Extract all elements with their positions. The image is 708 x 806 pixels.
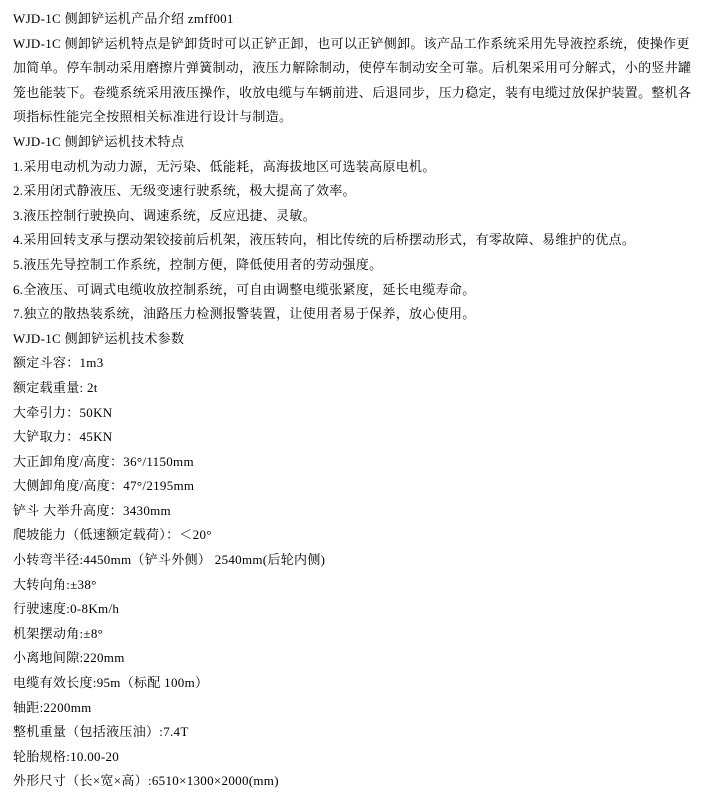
specs-heading: WJD-1C 侧卸铲运机技术参数: [13, 327, 696, 352]
spec-item: 大铲取力：45KN: [13, 425, 696, 450]
spec-item: 大转向角:±38°: [13, 573, 696, 598]
spec-item: 大侧卸角度/高度：47°/2195mm: [13, 474, 696, 499]
feature-item: 6.全液压、可调式电缆收放控制系统，可自由调整电缆张紧度，延长电缆寿命。: [13, 278, 696, 303]
feature-item: 2.采用闭式静液压、无级变速行驶系统，极大提高了效率。: [13, 179, 696, 204]
feature-item: 1.采用电动机为动力源，无污染、低能耗，高海拔地区可选装高原电机。: [13, 155, 696, 180]
spec-item: 铲斗 大举升高度：3430mm: [13, 499, 696, 524]
document-title: WJD-1C 侧卸铲运机产品介绍 zmff001: [13, 7, 696, 32]
spec-item: 外形尺寸（长×宽×高）:6510×1300×2000(mm): [13, 769, 696, 794]
features-heading: WJD-1C 侧卸铲运机技术特点: [13, 130, 696, 155]
feature-item: 5.液压先导控制工作系统，控制方便，降低使用者的劳动强度。: [13, 253, 696, 278]
spec-item: 额定载重量: 2t: [13, 376, 696, 401]
spec-item: 电缆有效长度:95m（标配 100m）: [13, 671, 696, 696]
spec-item: 小转弯半径:4450mm（铲斗外侧） 2540mm(后轮内侧): [13, 548, 696, 573]
product-document: WJD-1C 侧卸铲运机产品介绍 zmff001 WJD-1C 侧卸铲运机特点是…: [0, 0, 708, 794]
spec-item: 轴距:2200mm: [13, 696, 696, 721]
feature-item: 3.液压控制行驶换向、调速系统，反应迅捷、灵敏。: [13, 204, 696, 229]
intro-paragraph: WJD-1C 侧卸铲运机特点是铲卸货时可以正铲正卸，也可以正铲侧卸。该产品工作系…: [13, 32, 696, 130]
spec-item: 整机重量（包括液压油）:7.4T: [13, 720, 696, 745]
spec-item: 爬坡能力（低速额定载荷）：＜20°: [13, 523, 696, 548]
spec-item: 行驶速度:0-8Km/h: [13, 597, 696, 622]
spec-item: 小离地间隙:220mm: [13, 646, 696, 671]
spec-item: 大正卸角度/高度：36°/1150mm: [13, 450, 696, 475]
feature-item: 7.独立的散热装系统，油路压力检测报警装置，让使用者易于保养，放心使用。: [13, 302, 696, 327]
spec-item: 轮胎规格:10.00-20: [13, 745, 696, 770]
spec-item: 机架摆动角:±8°: [13, 622, 696, 647]
feature-item: 4.采用回转支承与摆动架铰接前后机架，液压转向，相比传统的后桥摆动形式，有零故障…: [13, 228, 696, 253]
spec-item: 大牵引力：50KN: [13, 401, 696, 426]
spec-item: 额定斗容：1m3: [13, 351, 696, 376]
